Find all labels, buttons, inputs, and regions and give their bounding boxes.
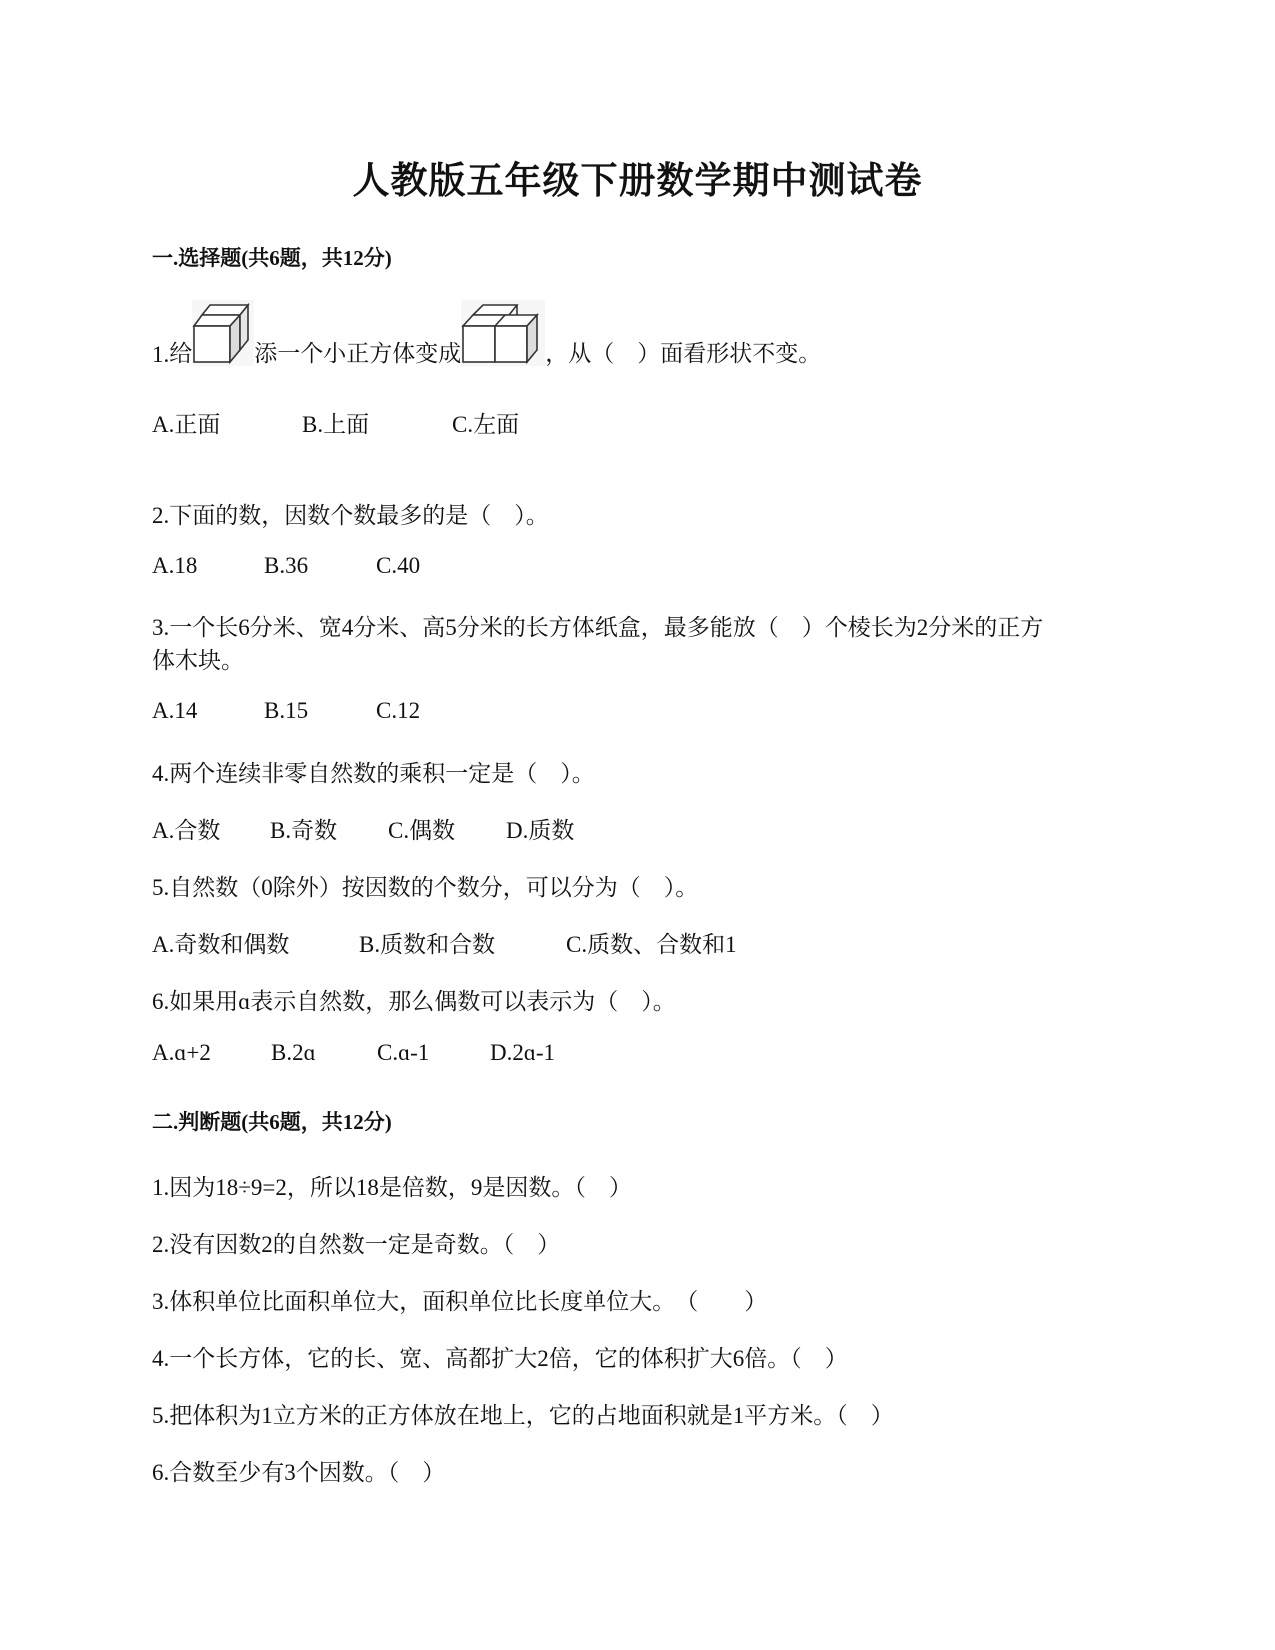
page-title: 人教版五年级下册数学期中测试卷 bbox=[0, 150, 1275, 204]
section-heading-choice: 一.选择题(共6题，共12分) bbox=[152, 242, 392, 272]
option-b[interactable]: B.15 bbox=[264, 698, 376, 724]
question-4-options: A.合数 B.奇数 C.偶数 D.质数 bbox=[152, 812, 574, 845]
question-3-options: A.14 B.15 C.12 bbox=[152, 698, 420, 724]
question-5-options: A.奇数和偶数 B.质数和合数 C.质数、合数和1 bbox=[152, 926, 737, 959]
option-b[interactable]: B.36 bbox=[264, 553, 376, 579]
judgement-5: 5.把体积为1立方米的正方体放在地上，它的占地面积就是1平方米。（ ） bbox=[152, 1397, 894, 1430]
question-6: 6.如果用ɑ表示自然数，那么偶数可以表示为（ ）。 bbox=[152, 983, 676, 1016]
judgement-6: 6.合数至少有3个因数。（ ） bbox=[152, 1454, 445, 1487]
section-heading-judgement: 二.判断题(共6题，共12分) bbox=[152, 1106, 392, 1136]
option-b[interactable]: B.奇数 bbox=[270, 812, 388, 845]
option-b[interactable]: B.2ɑ bbox=[271, 1040, 377, 1066]
question-2-options: A.18 B.36 C.40 bbox=[152, 553, 420, 579]
option-b[interactable]: B.质数和合数 bbox=[359, 926, 566, 959]
question-text-before: 给 bbox=[169, 335, 192, 372]
option-a[interactable]: A.14 bbox=[152, 698, 264, 724]
option-a[interactable]: A.合数 bbox=[152, 812, 270, 845]
question-4: 4.两个连续非零自然数的乘积一定是（ ）。 bbox=[152, 755, 595, 788]
option-a[interactable]: A.奇数和偶数 bbox=[152, 926, 359, 959]
option-b[interactable]: B.上面 bbox=[302, 406, 452, 439]
question-6-options: A.ɑ+2 B.2ɑ C.ɑ-1 D.2ɑ-1 bbox=[152, 1040, 555, 1066]
question-text-middle: 添一个小正方体变成 bbox=[254, 335, 461, 372]
option-a[interactable]: A.正面 bbox=[152, 406, 302, 439]
question-1-options: A.正面 B.上面 C.左面 bbox=[152, 406, 519, 439]
single-cube-pair-icon bbox=[192, 300, 254, 372]
question-5: 5.自然数（0除外）按因数的个数分，可以分为（ ）。 bbox=[152, 869, 698, 902]
option-c[interactable]: C.40 bbox=[376, 553, 420, 579]
option-a[interactable]: A.ɑ+2 bbox=[152, 1040, 271, 1066]
option-d[interactable]: D.质数 bbox=[506, 812, 574, 845]
option-a[interactable]: A.18 bbox=[152, 553, 264, 579]
option-c[interactable]: C.ɑ-1 bbox=[377, 1040, 490, 1066]
option-c[interactable]: C.12 bbox=[376, 698, 420, 724]
option-c[interactable]: C.左面 bbox=[452, 406, 519, 439]
judgement-1: 1.因为18÷9=2，所以18是倍数，9是因数。（ ） bbox=[152, 1169, 632, 1202]
question-text-after: ，从（ ）面看形状不变。 bbox=[545, 335, 821, 372]
judgement-3: 3.体积单位比面积单位大，面积单位比长度单位大。 （ ） bbox=[152, 1283, 767, 1316]
option-d[interactable]: D.2ɑ-1 bbox=[490, 1040, 555, 1066]
option-c[interactable]: C.偶数 bbox=[388, 812, 506, 845]
option-c[interactable]: C.质数、合数和1 bbox=[566, 926, 737, 959]
question-3-line-1: 3.一个长6分米、宽4分米、高5分米的长方体纸盒，最多能放（ ）个棱长为2分米的… bbox=[152, 609, 1043, 642]
three-cube-l-shape-icon bbox=[461, 300, 545, 372]
question-number: 1. bbox=[152, 342, 169, 372]
question-1: 1. 给 添一个小正方体变成 bbox=[152, 300, 821, 372]
judgement-4: 4.一个长方体，它的长、宽、高都扩大2倍，它的体积扩大6倍。（ ） bbox=[152, 1340, 848, 1373]
judgement-2: 2.没有因数2的自然数一定是奇数。（ ） bbox=[152, 1226, 560, 1259]
question-2: 2.下面的数，因数个数最多的是（ ）。 bbox=[152, 497, 549, 530]
question-3-line-2: 体木块。 bbox=[152, 642, 244, 675]
